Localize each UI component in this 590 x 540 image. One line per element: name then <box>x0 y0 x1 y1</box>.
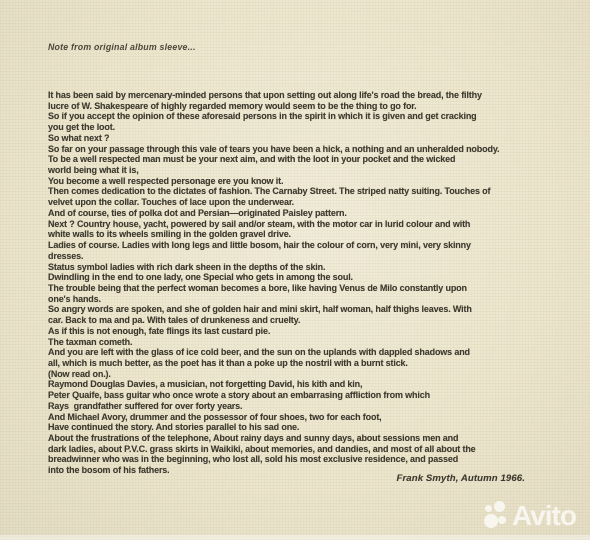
avito-watermark-label: Avito <box>512 500 576 531</box>
avito-circle-top-left <box>485 505 492 512</box>
avito-circle-bottom-left <box>484 514 498 528</box>
note-header: Note from original album sleeve... <box>48 42 196 53</box>
photo-bottom-edge <box>0 535 590 540</box>
avito-circle-bottom-right <box>498 516 506 524</box>
avito-watermark: Avito <box>484 500 576 531</box>
avito-circle-top-right <box>494 501 505 512</box>
signature: Frank Smyth, Autumn 1966. <box>48 473 525 484</box>
sleeve-note-body: It has been said by mercenary-minded per… <box>48 90 499 476</box>
avito-logo-circles-icon <box>484 500 509 531</box>
album-sleeve-photo: Note from original album sleeve... It ha… <box>0 0 590 540</box>
